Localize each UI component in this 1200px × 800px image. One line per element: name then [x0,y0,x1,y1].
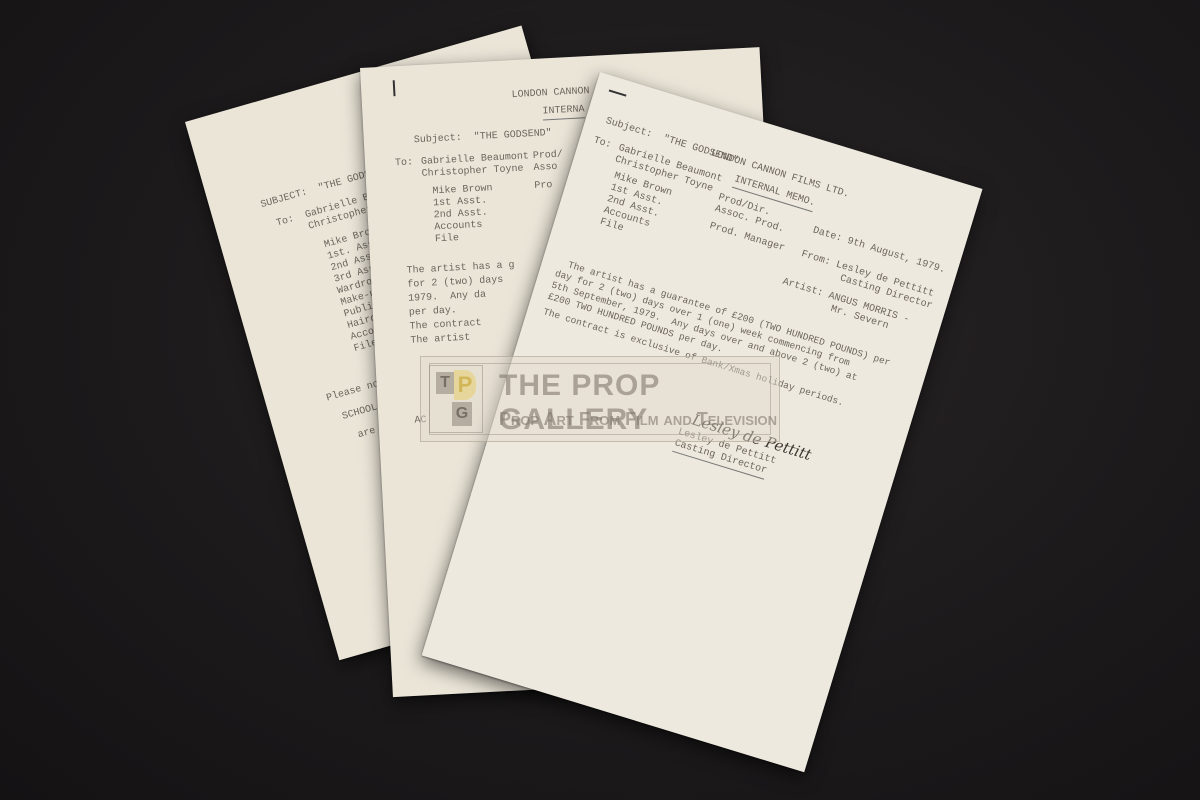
body-line: per day. [409,305,458,320]
logo-letter-t: T [436,372,454,394]
subject-line: Subject: "THE GODSEND" [414,128,552,148]
body-line: The artist [410,333,471,349]
role: Pro [534,180,553,193]
prop-gallery-watermark: T P G THE PROP GALLERY Prop Art From Fil… [420,356,780,442]
company-header: LONDON CANNON [511,86,590,103]
logo-letter-p: P [454,370,476,400]
body-line: The contract [409,318,482,334]
to-label: To: [275,214,296,231]
role: Asso [533,162,558,176]
watermark-subtitle: Prop Art From Film and Television [499,409,777,430]
prop-gallery-logo-icon: T P G [429,365,483,433]
to-label: To: [395,157,414,170]
memo-title: INTERNA [542,104,585,120]
cc-item: File [435,233,460,247]
hole-punch-mark [609,89,627,96]
to-label: To: [592,135,613,152]
logo-letter-g: G [452,402,472,426]
hole-punch-mark [393,80,396,96]
body-line: 1979. Any da [408,290,487,307]
